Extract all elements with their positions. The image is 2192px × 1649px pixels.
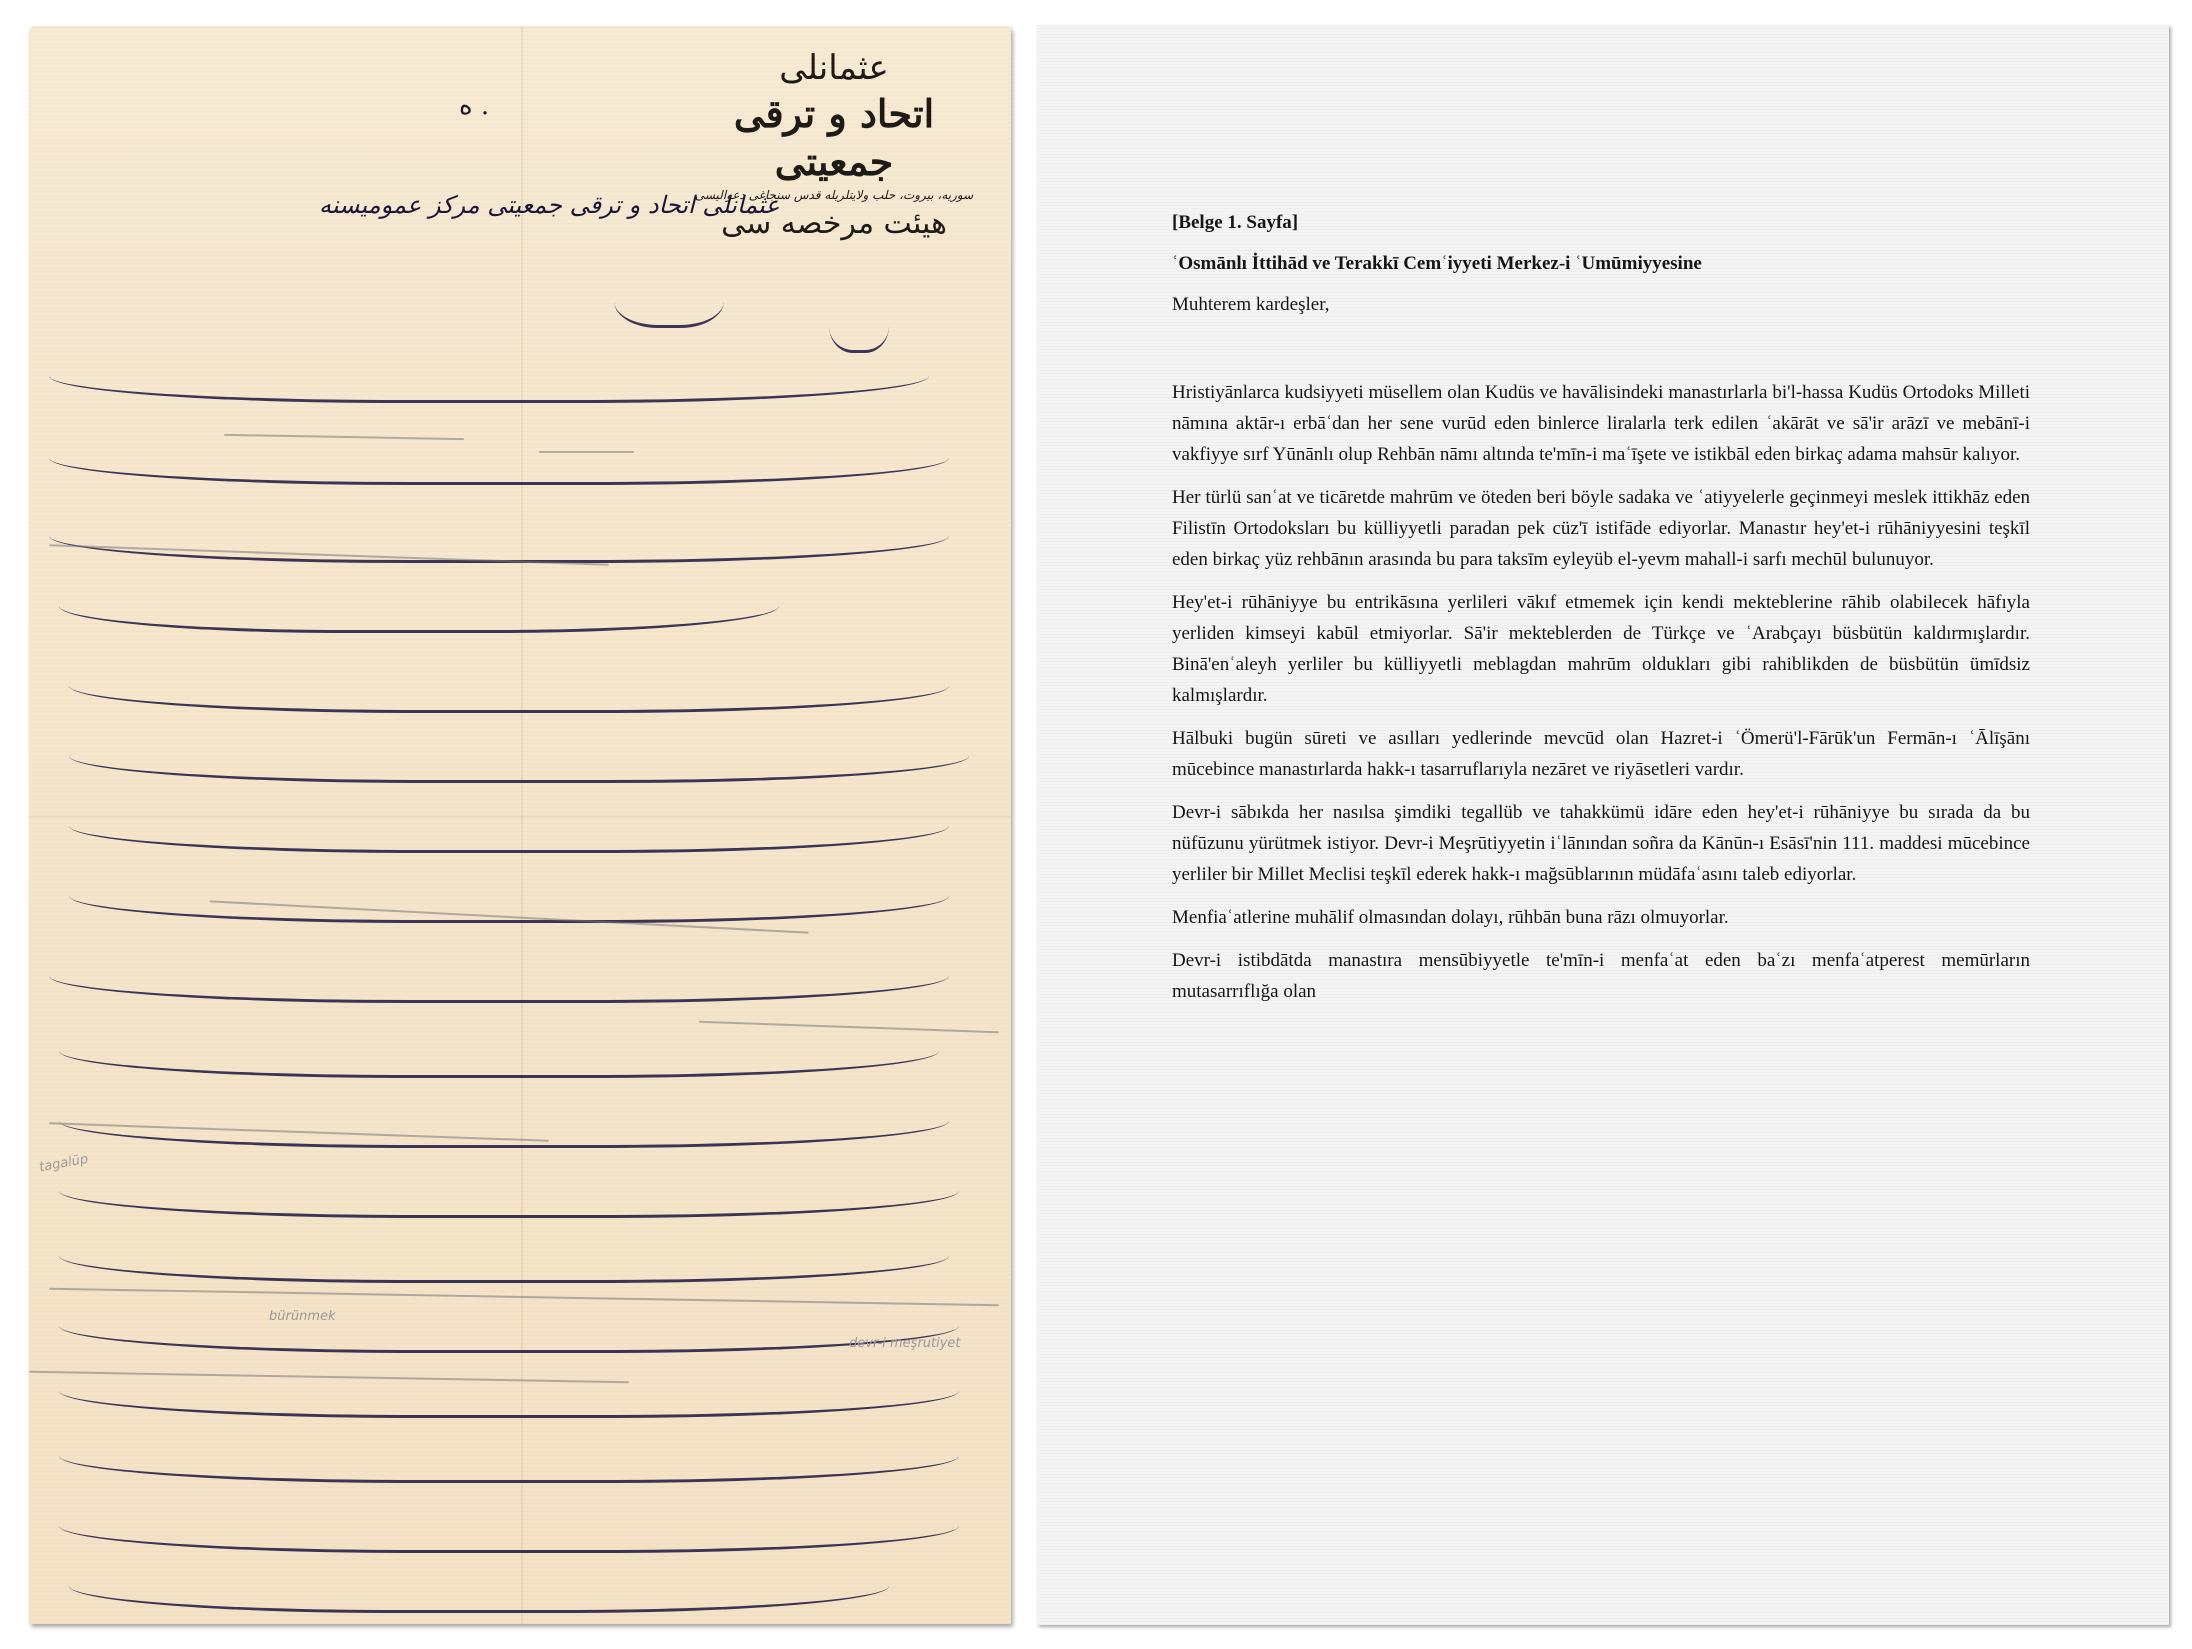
handwriting-stroke (69, 756, 969, 783)
handwriting-stroke (49, 376, 929, 403)
letterhead-line-1: عثمانلی (669, 46, 999, 90)
paragraph: Hey'et-i rūhāniyye bu entrikāsına yerlil… (1172, 587, 2030, 711)
handwriting-stroke (59, 606, 779, 633)
pencil-note-tagalup: tagalüp (38, 1152, 89, 1175)
handwriting-stroke (59, 1326, 959, 1353)
address-line: عثمانلی اتحاد و ترقی جمعیتی مرکز عمومیسن… (319, 191, 780, 219)
paragraph: Hālbuki bugün sūreti ve asılları yedleri… (1172, 723, 2030, 785)
pencil-note-burunmek: bürünmek (269, 1309, 336, 1324)
paragraph: Her türlü sanʿat ve ticāretde mahrūm ve … (1172, 482, 2030, 575)
paragraph: Devr-i sābıkda her nasılsa şimdiki tegal… (1172, 797, 2030, 890)
handwriting-stroke (49, 976, 949, 1003)
addressee-heading: ʿOsmānlı İttihād ve Terakkī Cemʿiyyeti M… (1172, 248, 2030, 279)
pencil-underline (699, 1021, 999, 1033)
pencil-note-devr-i-mesrutiyet: devr-i meşrutiyet (849, 1336, 961, 1351)
handwriting-stroke (59, 1191, 959, 1218)
handwriting-stroke (59, 1391, 959, 1418)
handwriting-stroke (69, 896, 949, 923)
handwriting-stroke (69, 686, 949, 713)
pencil-underline (49, 1288, 999, 1307)
handwriting-stroke (59, 1526, 959, 1553)
letterhead-line-2: اتحاد و ترقی جمعیتی (669, 90, 999, 186)
paragraph: Menfiaʿatlerine muhālif olmasından dolay… (1172, 902, 2030, 933)
pencil-underline (224, 434, 464, 440)
pencil-underline (29, 1371, 629, 1383)
handwriting-stroke (49, 458, 949, 485)
handwriting-stroke (69, 826, 949, 853)
handwriting-stroke (69, 1586, 889, 1613)
paper-fold-vertical (521, 26, 523, 1624)
handwriting-stroke (59, 1051, 939, 1078)
handwriting-stroke (59, 1456, 959, 1483)
manuscript-page: عثمانلی اتحاد و ترقی جمعیتی سوریه، بیروت… (29, 26, 1011, 1624)
paragraph: Devr-i istibdātda manastıra mensūbiyyetl… (1172, 945, 2030, 1007)
handwriting-stroke (59, 1121, 949, 1148)
transcription-text: [Belge 1. Sayfa] ʿOsmānlı İttihād ve Ter… (1172, 207, 2030, 1019)
pencil-underline (539, 451, 634, 453)
handwriting-stroke (614, 301, 724, 328)
handwriting-stroke (829, 326, 889, 353)
salutation: Muhterem kardeşler, (1172, 289, 2030, 320)
paragraph: Hristiyānlarca kudsiyyeti müsellem olan … (1172, 377, 2030, 470)
handwriting-stroke (59, 1256, 949, 1283)
transcription-page: [Belge 1. Sayfa] ʿOsmānlı İttihād ve Ter… (1037, 25, 2169, 1625)
page-number-mark: ه . (459, 91, 489, 121)
paper-fold-horizontal (29, 816, 1011, 818)
page-label: [Belge 1. Sayfa] (1172, 207, 2030, 238)
